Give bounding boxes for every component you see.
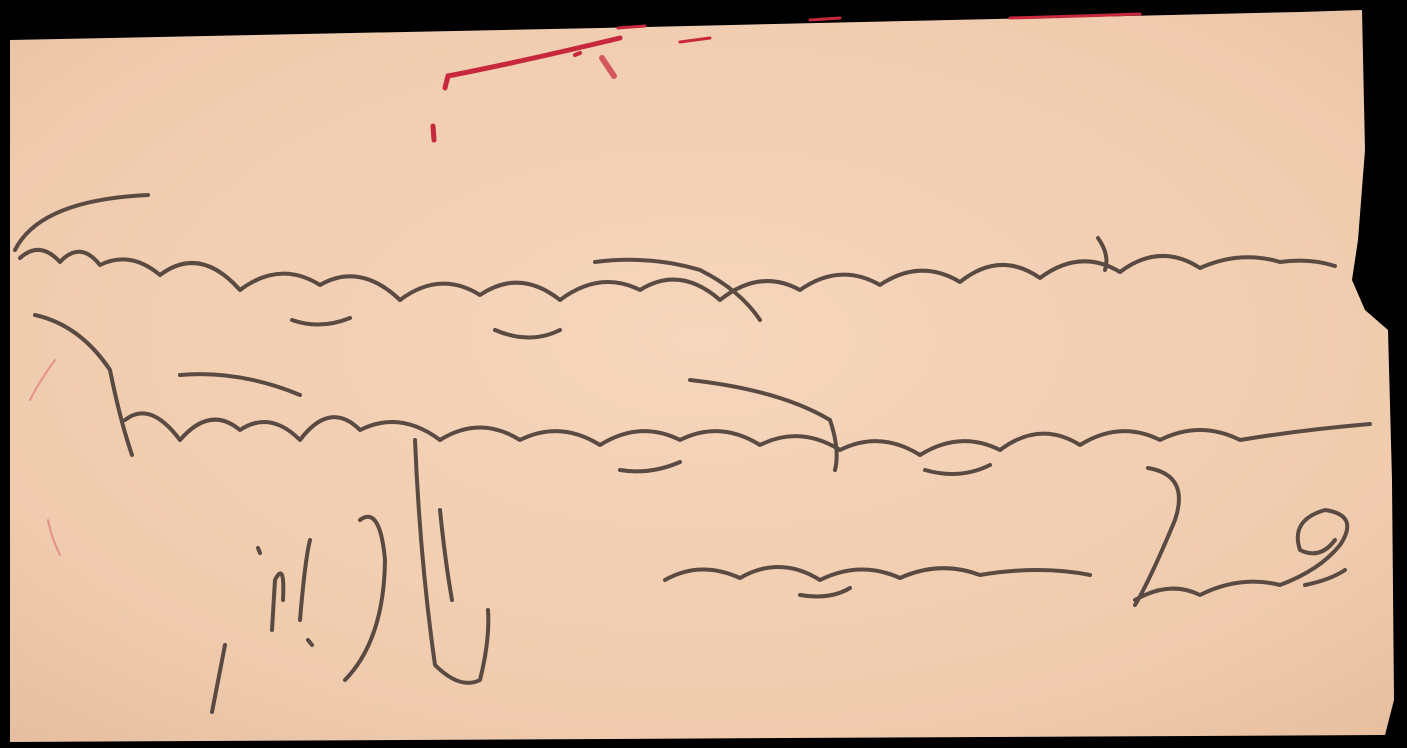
envelope-illustration [0, 0, 1407, 748]
photo-scene: Aged peach-colored paper envelope front … [0, 0, 1407, 748]
